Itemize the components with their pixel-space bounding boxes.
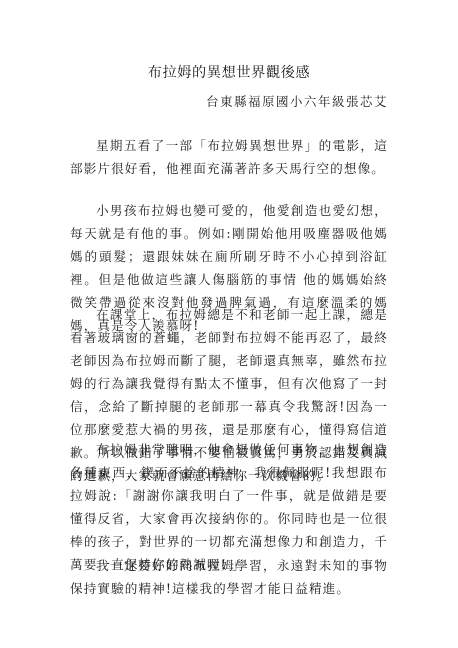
paragraph-5: 我一定要好好向布拉姆學習，永遠對未知的事物保持實驗的精神!這樣我的學習才能日益精… xyxy=(70,554,388,600)
paragraph-1: 星期五看了一部「布拉姆異想世界」的電影，這部影片很好看，他裡面充滿著許多天馬行空… xyxy=(70,134,388,180)
document-title: 布拉姆的異想世界觀後感 xyxy=(0,64,458,82)
document-page: 布拉姆的異想世界觀後感 台東縣福原國小六年級張芯艾 星期五看了一部「布拉姆異想世… xyxy=(0,0,458,648)
author-line: 台東縣福原國小六年級張芯艾 xyxy=(206,94,388,110)
